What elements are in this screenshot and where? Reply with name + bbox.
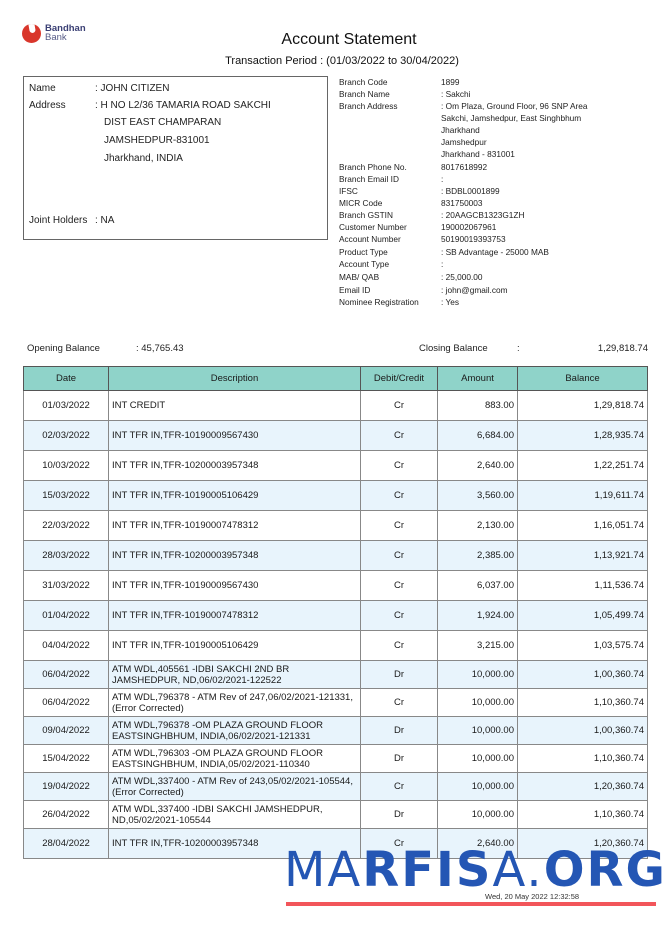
row-balance: 1,13,921.74 [518, 541, 648, 571]
branch-value: : [441, 259, 443, 269]
branch-label: Nominee Registration [339, 297, 419, 307]
row-description: ATM WDL,796378 - ATM Rev of 247,06/02/20… [109, 689, 361, 717]
row-date: 28/04/2022 [24, 829, 109, 859]
branch-label: Account Type [339, 259, 389, 269]
row-date: 22/03/2022 [24, 511, 109, 541]
branch-value: 1899 [441, 77, 459, 87]
name-label: Name [29, 83, 95, 94]
joint-holders-row: Joint Holders : NA [29, 215, 114, 226]
row-description: INT TFR IN,TFR-10190005106429 [109, 481, 361, 511]
col-amount: Amount [438, 367, 518, 391]
row-debit-credit: Cr [361, 541, 438, 571]
row-date: 28/03/2022 [24, 541, 109, 571]
branch-value: : Yes [441, 297, 459, 307]
row-date: 01/04/2022 [24, 601, 109, 631]
row-balance: 1,00,360.74 [518, 717, 648, 745]
row-amount: 10,000.00 [438, 689, 518, 717]
address-line-4: Jharkhand, INDIA [104, 153, 183, 164]
row-balance: 1,11,536.74 [518, 571, 648, 601]
customer-name-row: Name : JOHN CITIZEN [29, 83, 169, 94]
address-line-3: JAMSHEDPUR-831001 [104, 135, 210, 146]
branch-value: Jharkhand [441, 125, 480, 135]
row-balance: 1,05,499.74 [518, 601, 648, 631]
row-description: INT TFR IN,TFR-10200003957348 [109, 451, 361, 481]
row-description: ATM WDL,796378 -OM PLAZA GROUND FLOOR EA… [109, 717, 361, 745]
branch-label: Email ID [339, 285, 370, 295]
row-date: 15/04/2022 [24, 745, 109, 773]
row-amount: 10,000.00 [438, 745, 518, 773]
branch-label: Branch GSTIN [339, 210, 393, 220]
row-amount: 1,924.00 [438, 601, 518, 631]
branch-value: : Sakchi [441, 89, 471, 99]
row-amount: 2,640.00 [438, 451, 518, 481]
row-date: 06/04/2022 [24, 689, 109, 717]
table-row: 06/04/2022ATM WDL,796378 - ATM Rev of 24… [24, 689, 648, 717]
generated-timestamp: Wed, 20 May 2022 12:32:58 [485, 892, 579, 901]
table-row: 28/03/2022INT TFR IN,TFR-10200003957348C… [24, 541, 648, 571]
row-date: 31/03/2022 [24, 571, 109, 601]
address-line-2: DIST EAST CHAMPARAN [104, 117, 221, 128]
row-balance: 1,19,611.74 [518, 481, 648, 511]
row-amount: 6,037.00 [438, 571, 518, 601]
row-balance: 1,10,360.74 [518, 801, 648, 829]
row-debit-credit: Dr [361, 661, 438, 689]
row-amount: 883.00 [438, 391, 518, 421]
address-label: Address [29, 100, 95, 111]
joint-holders-value: : NA [95, 215, 114, 226]
row-description: ATM WDL,405561 -IDBI SAKCHI 2ND BR JAMSH… [109, 661, 361, 689]
branch-label: Branch Name [339, 89, 390, 99]
row-description: ATM WDL,796303 -OM PLAZA GROUND FLOOR EA… [109, 745, 361, 773]
branch-value: : Om Plaza, Ground Floor, 96 SNP Area [441, 101, 588, 111]
row-description: ATM WDL,337400 - ATM Rev of 243,05/02/20… [109, 773, 361, 801]
table-row: 19/04/2022ATM WDL,337400 - ATM Rev of 24… [24, 773, 648, 801]
row-amount: 6,684.00 [438, 421, 518, 451]
row-debit-credit: Cr [361, 481, 438, 511]
address-line-1: : H NO L2/36 TAMARIA ROAD SAKCHI [95, 100, 271, 111]
row-debit-credit: Dr [361, 801, 438, 829]
row-description: INT TFR IN,TFR-10190007478312 [109, 511, 361, 541]
row-debit-credit: Cr [361, 773, 438, 801]
row-debit-credit: Dr [361, 717, 438, 745]
row-description: INT TFR IN,TFR-10200003957348 [109, 541, 361, 571]
branch-value: 8017618992 [441, 162, 487, 172]
branch-value: 50190019393753 [441, 234, 506, 244]
table-row: 01/04/2022INT TFR IN,TFR-10190007478312C… [24, 601, 648, 631]
branch-label: Branch Phone No. [339, 162, 407, 172]
row-debit-credit: Cr [361, 571, 438, 601]
watermark-logo: MARFISA.ORG [284, 846, 667, 894]
transactions-table: Date Description Debit/Credit Amount Bal… [23, 366, 648, 859]
opening-balance-label: Opening Balance [27, 343, 100, 354]
col-date: Date [24, 367, 109, 391]
row-amount: 2,385.00 [438, 541, 518, 571]
row-date: 10/03/2022 [24, 451, 109, 481]
opening-balance-value: : 45,765.43 [136, 343, 184, 354]
branch-value: : BDBL0001899 [441, 186, 500, 196]
table-row: 04/04/2022INT TFR IN,TFR-10190005106429C… [24, 631, 648, 661]
watermark-part: ORG [544, 842, 667, 898]
table-row: 22/03/2022INT TFR IN,TFR-10190007478312C… [24, 511, 648, 541]
joint-holders-label: Joint Holders [29, 215, 95, 226]
branch-value: Sakchi, Jamshedpur, East Singhbhum [441, 113, 581, 123]
table-row: 26/04/2022ATM WDL,337400 -IDBI SAKCHI JA… [24, 801, 648, 829]
table-row: 31/03/2022INT TFR IN,TFR-10190009567430C… [24, 571, 648, 601]
row-amount: 2,130.00 [438, 511, 518, 541]
table-row: 06/04/2022ATM WDL,405561 -IDBI SAKCHI 2N… [24, 661, 648, 689]
branch-label: Branch Email ID [339, 174, 399, 184]
row-debit-credit: Cr [361, 451, 438, 481]
table-row: 09/04/2022ATM WDL,796378 -OM PLAZA GROUN… [24, 717, 648, 745]
page-title: Account Statement [0, 31, 670, 49]
branch-label: MICR Code [339, 198, 382, 208]
customer-address-row: Address : H NO L2/36 TAMARIA ROAD SAKCHI [29, 100, 271, 111]
row-description: INT TFR IN,TFR-10190005106429 [109, 631, 361, 661]
closing-balance-value: 1,29,818.74 [598, 343, 648, 354]
table-row: 02/03/2022INT TFR IN,TFR-10190009567430C… [24, 421, 648, 451]
row-amount: 10,000.00 [438, 661, 518, 689]
row-date: 15/03/2022 [24, 481, 109, 511]
row-balance: 1,16,051.74 [518, 511, 648, 541]
watermark-part: A. [492, 842, 543, 898]
row-balance: 1,20,360.74 [518, 773, 648, 801]
row-balance: 1,28,935.74 [518, 421, 648, 451]
row-balance: 1,22,251.74 [518, 451, 648, 481]
branch-label: Account Number [339, 234, 401, 244]
row-debit-credit: Cr [361, 631, 438, 661]
table-row: 15/04/2022ATM WDL,796303 -OM PLAZA GROUN… [24, 745, 648, 773]
row-date: 04/04/2022 [24, 631, 109, 661]
row-debit-credit: Dr [361, 745, 438, 773]
branch-value: 831750003 [441, 198, 483, 208]
row-amount: 10,000.00 [438, 717, 518, 745]
branch-label: Product Type [339, 247, 388, 257]
branch-value: : john@gmail.com [441, 285, 508, 295]
row-amount: 10,000.00 [438, 801, 518, 829]
row-balance: 1,03,575.74 [518, 631, 648, 661]
col-debit-credit: Debit/Credit [361, 367, 438, 391]
row-amount: 3,560.00 [438, 481, 518, 511]
row-debit-credit: Cr [361, 511, 438, 541]
branch-value: 190002067961 [441, 222, 496, 232]
row-description: INT TFR IN,TFR-10190009567430 [109, 421, 361, 451]
branch-label: MAB/ QAB [339, 272, 379, 282]
transaction-period: Transaction Period : (01/03/2022 to 30/0… [0, 55, 670, 67]
row-balance: 1,29,818.74 [518, 391, 648, 421]
branch-value: Jamshedpur [441, 137, 487, 147]
branch-label: Branch Code [339, 77, 387, 87]
branch-label: IFSC [339, 186, 358, 196]
row-description: INT TFR IN,TFR-10190009567430 [109, 571, 361, 601]
row-date: 19/04/2022 [24, 773, 109, 801]
row-date: 02/03/2022 [24, 421, 109, 451]
row-debit-credit: Cr [361, 601, 438, 631]
table-header-row: Date Description Debit/Credit Amount Bal… [24, 367, 648, 391]
row-debit-credit: Cr [361, 421, 438, 451]
closing-balance-label: Closing Balance [419, 343, 488, 354]
name-value: : JOHN CITIZEN [95, 83, 169, 94]
row-balance: 1,10,360.74 [518, 745, 648, 773]
branch-label: Customer Number [339, 222, 407, 232]
customer-details-box: Name : JOHN CITIZEN Address : H NO L2/36… [23, 76, 328, 240]
row-amount: 10,000.00 [438, 773, 518, 801]
row-date: 06/04/2022 [24, 661, 109, 689]
branch-value: : 25,000.00 [441, 272, 483, 282]
row-date: 09/04/2022 [24, 717, 109, 745]
table-row: 15/03/2022INT TFR IN,TFR-10190005106429C… [24, 481, 648, 511]
branch-value: : [441, 174, 443, 184]
branch-label: Branch Address [339, 101, 398, 111]
table-row: 10/03/2022INT TFR IN,TFR-10200003957348C… [24, 451, 648, 481]
row-date: 01/03/2022 [24, 391, 109, 421]
watermark-part: MA [284, 842, 362, 898]
row-balance: 1,00,360.74 [518, 661, 648, 689]
col-balance: Balance [518, 367, 648, 391]
row-description: ATM WDL,337400 -IDBI SAKCHI JAMSHEDPUR, … [109, 801, 361, 829]
watermark-underline [286, 902, 656, 906]
row-debit-credit: Cr [361, 391, 438, 421]
row-description: INT TFR IN,TFR-10190007478312 [109, 601, 361, 631]
col-description: Description [109, 367, 361, 391]
branch-value: : 20AAGCB1323G1ZH [441, 210, 524, 220]
row-description: INT CREDIT [109, 391, 361, 421]
row-debit-credit: Cr [361, 689, 438, 717]
watermark-part: RFIS [362, 842, 492, 898]
row-date: 26/04/2022 [24, 801, 109, 829]
branch-value: : SB Advantage - 25000 MAB [441, 247, 549, 257]
closing-balance-colon: : [517, 343, 520, 354]
row-amount: 3,215.00 [438, 631, 518, 661]
table-row: 01/03/2022INT CREDITCr883.001,29,818.74 [24, 391, 648, 421]
row-balance: 1,10,360.74 [518, 689, 648, 717]
branch-value: Jharkhand - 831001 [441, 149, 515, 159]
